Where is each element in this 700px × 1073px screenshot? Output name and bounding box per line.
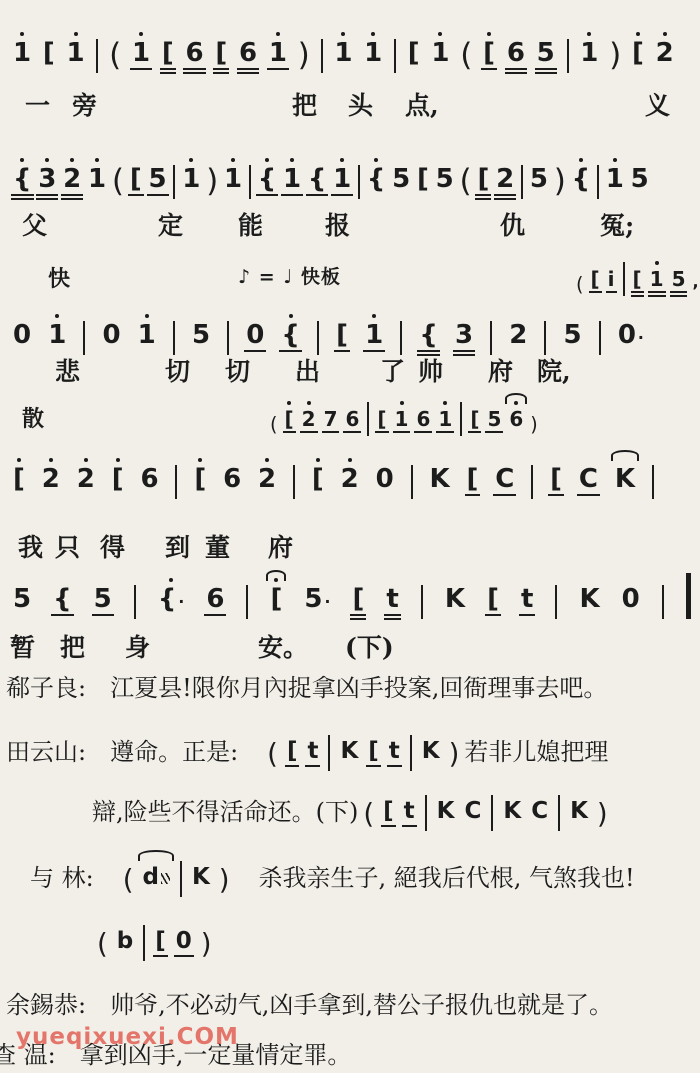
note: 6: [508, 409, 524, 431]
lyric-syllable: 旁: [72, 86, 97, 122]
note: {: [280, 322, 301, 350]
note: [: [214, 40, 228, 68]
barline: [558, 795, 560, 831]
note: 1: [268, 40, 288, 68]
barline: [421, 585, 423, 619]
augmentation-dot: ·: [324, 593, 330, 611]
underline: [343, 431, 361, 433]
note: [: [311, 466, 325, 494]
note: 2: [62, 166, 82, 194]
note: 2: [257, 466, 277, 494]
octave-dot: [400, 401, 404, 405]
lyric-syllable: 义: [645, 86, 670, 122]
underline: [384, 614, 400, 616]
octave-dot: [20, 158, 24, 162]
note-digit: 1: [650, 267, 664, 291]
parenthesis: ): [609, 37, 621, 73]
barline: [400, 321, 402, 355]
note: [: [269, 586, 283, 614]
underline: [61, 198, 83, 200]
lyric-syllable: 帅: [418, 352, 443, 388]
underline: [670, 295, 688, 297]
note: 3: [37, 166, 57, 194]
note: 0: [175, 930, 193, 955]
note-digit: 5: [631, 164, 649, 194]
note: K: [191, 866, 211, 891]
note-digit: [: [550, 464, 562, 494]
octave-dot: [145, 314, 149, 318]
octave-dot: [663, 32, 667, 36]
note: 2: [76, 466, 96, 494]
note-digit: 7: [324, 407, 338, 431]
note-digit: 6: [509, 407, 523, 431]
lyric-syllable: 府: [488, 352, 513, 388]
barline: [411, 465, 413, 499]
octave-dot: [348, 458, 352, 462]
note-digit: K: [579, 584, 599, 614]
lyric-syllable: 出: [295, 352, 320, 388]
note-digit: K: [445, 584, 465, 614]
note-digit: 2: [302, 407, 316, 431]
lyric-syllable: 父: [22, 206, 47, 242]
lyric-syllable: 身: [125, 628, 150, 664]
section-label: 快: [48, 262, 70, 293]
note: 6: [139, 466, 159, 494]
parenthesis: (: [123, 863, 134, 896]
note: [: [416, 166, 430, 194]
note-digit: [: [270, 584, 282, 614]
underline: [548, 494, 564, 496]
note: [: [549, 466, 563, 494]
underline: [387, 765, 402, 767]
parenthesis: (: [267, 737, 278, 770]
octave-dot: [169, 578, 173, 582]
note-digit: [: [155, 928, 166, 954]
octave-dot: [371, 32, 375, 36]
percussion-phrase: ([276[161[56): [270, 402, 538, 431]
lyric-syllable: 把: [60, 628, 85, 664]
note: K: [444, 586, 466, 614]
barline: [662, 585, 664, 619]
note-digit: 3: [38, 164, 56, 194]
note: C: [463, 800, 482, 825]
note: 1: [649, 269, 665, 291]
note: 1: [137, 322, 157, 350]
underline: [485, 431, 503, 433]
underline: [11, 198, 34, 200]
lyric-syllable: 切: [225, 352, 250, 388]
octave-dot: [287, 401, 291, 405]
lyric-syllable: 董: [205, 528, 230, 564]
note-digit: 1: [182, 164, 200, 194]
note: [: [154, 930, 167, 955]
note: 2: [508, 322, 528, 350]
note: K: [436, 800, 456, 825]
note: 0·: [617, 322, 645, 350]
system-pre-row: 散([276[161[56): [0, 402, 700, 436]
note-digit: 6: [507, 38, 525, 68]
note: d: [141, 866, 170, 891]
note: [: [476, 166, 490, 194]
parenthesis: (: [112, 163, 124, 199]
note-digit: 1: [333, 164, 351, 194]
octave-dot: [374, 158, 378, 162]
underline: [493, 494, 516, 496]
note-digit: 0: [13, 320, 31, 350]
octave-dot: [307, 401, 311, 405]
note-digit: 2: [341, 464, 359, 494]
underline: [366, 765, 381, 767]
note: 5·: [303, 586, 331, 614]
augmentation-dot: ·: [178, 593, 184, 611]
barline: [410, 735, 412, 771]
octave-dot: [487, 32, 491, 36]
underline: [36, 198, 58, 200]
note: [: [482, 40, 496, 68]
note: 5: [191, 322, 211, 350]
note-digit: t: [386, 584, 398, 614]
note-digit: [: [633, 267, 642, 291]
note-digit: 1: [364, 38, 382, 68]
lyrics-line: 暂把身安。(下): [0, 628, 700, 662]
lyric-syllable: 暂: [10, 628, 35, 664]
octave-dot: [289, 314, 293, 318]
underline: [577, 494, 600, 496]
note-digit: [: [377, 407, 386, 431]
note-digit: [: [162, 38, 174, 68]
underline: [475, 194, 491, 196]
underline: [606, 291, 617, 293]
note-digit: [: [408, 38, 420, 68]
note-digit: [: [467, 464, 479, 494]
underline: [285, 765, 300, 767]
score-page: 1[1(1[6[61)11[1([651)[2一旁把头点,义{321([51)1…: [0, 0, 700, 1073]
note-digit: b: [117, 928, 133, 954]
note: [: [590, 269, 601, 291]
note-digit: 1: [138, 320, 156, 350]
note-digit: 1: [13, 38, 31, 68]
note: 0: [12, 322, 32, 350]
underline: [204, 614, 226, 616]
underline: [213, 72, 229, 74]
note-digit: [: [591, 267, 600, 291]
note-digit: [: [194, 464, 206, 494]
note-digit: [: [285, 407, 294, 431]
note: K: [569, 800, 589, 825]
note-digit: [: [287, 738, 298, 764]
underline: [519, 614, 535, 616]
note: 6: [222, 466, 242, 494]
note: K: [428, 466, 450, 494]
note: K: [502, 800, 522, 825]
barline: [599, 321, 601, 355]
underline: [61, 194, 83, 196]
barline: [134, 585, 136, 619]
note: [: [631, 40, 645, 68]
underline: [267, 68, 289, 70]
lyric-syllable: 把: [292, 86, 317, 122]
barline: [293, 465, 295, 499]
note: 1: [223, 166, 243, 194]
octave-dot: [189, 158, 193, 162]
note: 2: [495, 166, 515, 194]
note-digit: 3: [455, 320, 473, 350]
underline: [281, 194, 303, 196]
note: 1: [87, 166, 107, 194]
notation-line: 1[1(1[6[61)11[1([651)[2: [12, 26, 675, 68]
note: 6: [184, 40, 204, 68]
note: K: [421, 740, 441, 765]
lyrics-line: 悲切切出了帅府院,: [0, 352, 700, 386]
note-digit: [: [483, 38, 495, 68]
barline: [175, 465, 177, 499]
comma: ,: [692, 272, 698, 291]
notation-line: 5{5{·6[5·[tK[tK0: [12, 572, 692, 614]
note-digit: C: [495, 464, 514, 494]
lyric-syllable: 到: [165, 528, 190, 564]
barline: [490, 321, 492, 355]
underline: [475, 198, 491, 200]
underline: [468, 431, 481, 433]
note-digit: 2: [63, 164, 81, 194]
dialogue-line: 郗子良: 江夏县!限你月內捉拿凶手投案,回衙理事去吧。: [6, 668, 607, 703]
note: {: [366, 166, 387, 194]
underline: [300, 431, 318, 433]
barline: [358, 165, 360, 199]
dialogue-line: 与 林: (dK) 杀我亲生子, 絕我后代根, 气煞我也!: [30, 858, 635, 893]
underline: [160, 72, 176, 74]
dialogue-text: 杀我亲生子, 絕我后代根, 气煞我也!: [235, 858, 635, 893]
note-digit: [: [43, 38, 55, 68]
note-digit: 5: [149, 164, 167, 194]
lyric-syllable: 悲: [55, 352, 80, 388]
note: 1: [333, 40, 353, 68]
lyrics-line: 一旁把头点,义: [0, 86, 700, 120]
note-digit: [: [13, 464, 25, 494]
dialogue-percussion: ([tKCKCK): [363, 795, 607, 825]
final-barline: [686, 573, 691, 619]
lyric-syllable: 只: [55, 528, 80, 564]
parenthesis: (: [270, 413, 278, 436]
note-digit: [: [336, 320, 348, 350]
augmentation-dot: ·: [638, 329, 644, 347]
parenthesis: ): [201, 927, 212, 960]
note: 5: [148, 166, 168, 194]
underline: [174, 955, 194, 957]
note-digit: 6: [140, 464, 158, 494]
underline: [648, 291, 666, 293]
note: 0: [101, 322, 121, 350]
note-digit: 0: [618, 320, 636, 350]
note-digit: 2: [42, 464, 60, 494]
note: {·: [157, 586, 185, 614]
note: [: [129, 166, 143, 194]
barline: [521, 165, 523, 199]
dialogue-percussion: (b[0): [97, 925, 212, 955]
lyrics-line: 父定能报仇冤;: [0, 206, 700, 240]
octave-dot: [341, 32, 345, 36]
underline: [505, 72, 527, 74]
underline: [130, 68, 152, 70]
note: 5: [630, 166, 650, 194]
underline: [350, 618, 366, 620]
barline: [96, 39, 98, 73]
octave-dot: [579, 158, 583, 162]
note-digit: 1: [580, 38, 598, 68]
dialogue-text: 田云山: 遵命。正是:: [6, 732, 262, 767]
underline: [36, 194, 58, 196]
note: [: [286, 740, 299, 765]
octave-dot: [198, 458, 202, 462]
note: 1: [363, 40, 383, 68]
note-digit: {: [13, 164, 32, 194]
section-label: 散: [22, 402, 44, 433]
octave-dot: [443, 401, 447, 405]
note-digit: [: [487, 584, 499, 614]
barline: [227, 321, 229, 355]
note: 6: [415, 409, 431, 431]
note-digit: 6: [239, 38, 257, 68]
barline: [394, 39, 396, 73]
note: K: [339, 740, 359, 765]
barline: [83, 321, 85, 355]
parenthesis: (: [460, 37, 472, 73]
lyric-syllable: 定: [158, 206, 183, 242]
underline: [237, 68, 259, 70]
note: 5: [529, 166, 549, 194]
underline: [494, 198, 516, 200]
underline: [436, 431, 454, 433]
lyric-syllable: 冤;: [600, 206, 634, 242]
octave-dot: [231, 158, 235, 162]
note-digit: {: [367, 164, 386, 194]
octave-dot: [265, 158, 269, 162]
octave-dot: [655, 261, 659, 265]
note: 1: [437, 409, 453, 431]
dialogue-text: 辯,险些不得活命还。(下): [92, 792, 358, 827]
note: t: [385, 586, 399, 614]
octave-dot: [45, 158, 49, 162]
note-digit: [: [477, 164, 489, 194]
octave-dot: [116, 458, 120, 462]
lyric-syllable: 安。: [258, 628, 308, 664]
underline: [631, 295, 644, 297]
underline: [306, 194, 329, 196]
fermata: [138, 850, 173, 861]
note-digit: C: [579, 464, 598, 494]
underline: [631, 291, 644, 293]
note: 1: [430, 40, 450, 68]
barline: [567, 39, 569, 73]
octave-dot: [372, 314, 376, 318]
underline: [256, 194, 279, 196]
note: 0: [621, 586, 641, 614]
tremolo-slashes: [161, 873, 170, 884]
barline: [249, 165, 251, 199]
parenthesis: (: [109, 37, 121, 73]
note-digit: 1: [48, 320, 66, 350]
system-pre-row: 快♪ = ♩ 快板([i[15,: [0, 262, 700, 296]
note: 1: [332, 166, 352, 194]
octave-dot: [438, 32, 442, 36]
note: {: [571, 166, 592, 194]
underline: [147, 194, 169, 196]
note: [: [42, 40, 56, 68]
note: 1: [65, 40, 85, 68]
underline: [283, 431, 296, 433]
note: C: [494, 466, 515, 494]
note-digit: 0: [246, 320, 264, 350]
parenthesis: ): [206, 163, 218, 199]
parenthesis: ): [219, 863, 230, 896]
barline: [652, 465, 654, 499]
tempo-marking: ♪ = ♩ 快板: [238, 262, 341, 289]
note-digit: 6: [223, 464, 241, 494]
barline: [328, 735, 330, 771]
note: 5: [12, 586, 32, 614]
underline: [589, 291, 602, 293]
note: [: [111, 466, 125, 494]
underline: [535, 72, 557, 74]
note: 5: [536, 40, 556, 68]
percussion-phrase: ([i[15,: [576, 262, 699, 291]
lyric-syllable: 我: [18, 528, 43, 564]
octave-dot: [636, 32, 640, 36]
note-digit: 2: [258, 464, 276, 494]
dialogue-text: 若非儿媳把理: [464, 732, 608, 767]
dialogue-line: 田云山: 遵命。正是: ([tK[tK) 若非儿媳把理: [6, 732, 608, 767]
note-digit: 0: [176, 928, 192, 954]
parenthesis: (: [576, 273, 584, 296]
underline: [465, 494, 481, 496]
octave-dot: [74, 32, 78, 36]
note-digit: 1: [431, 38, 449, 68]
note: 1: [181, 166, 201, 194]
note: 1: [394, 409, 410, 431]
note: [: [376, 409, 387, 431]
note-digit: [: [312, 464, 324, 494]
underline: [237, 72, 259, 74]
note-digit: 1: [88, 164, 106, 194]
note-digit: 1: [365, 320, 383, 350]
note: 5: [435, 166, 455, 194]
note-digit: 1: [334, 38, 352, 68]
note: i: [607, 269, 616, 291]
barline: [544, 321, 546, 355]
octave-dot: [276, 32, 280, 36]
note: [: [12, 466, 26, 494]
note: t: [403, 800, 416, 825]
note-digit: 1: [606, 164, 624, 194]
note: [: [284, 409, 295, 431]
barline: [623, 262, 625, 296]
note-digit: 5: [672, 267, 686, 291]
note-digit: [: [632, 38, 644, 68]
octave-dot: [17, 458, 21, 462]
parenthesis: (: [460, 163, 472, 199]
note-digit: {: [308, 164, 327, 194]
barline: [425, 795, 427, 831]
underline: [414, 431, 432, 433]
note-digit: 5: [13, 584, 31, 614]
lyric-syllable: 得: [100, 528, 125, 564]
underline: [505, 68, 527, 70]
barline: [555, 585, 557, 619]
note: 1: [282, 166, 302, 194]
note: {: [257, 166, 278, 194]
lyric-syllable: 了: [380, 352, 405, 388]
barline: [173, 321, 175, 355]
